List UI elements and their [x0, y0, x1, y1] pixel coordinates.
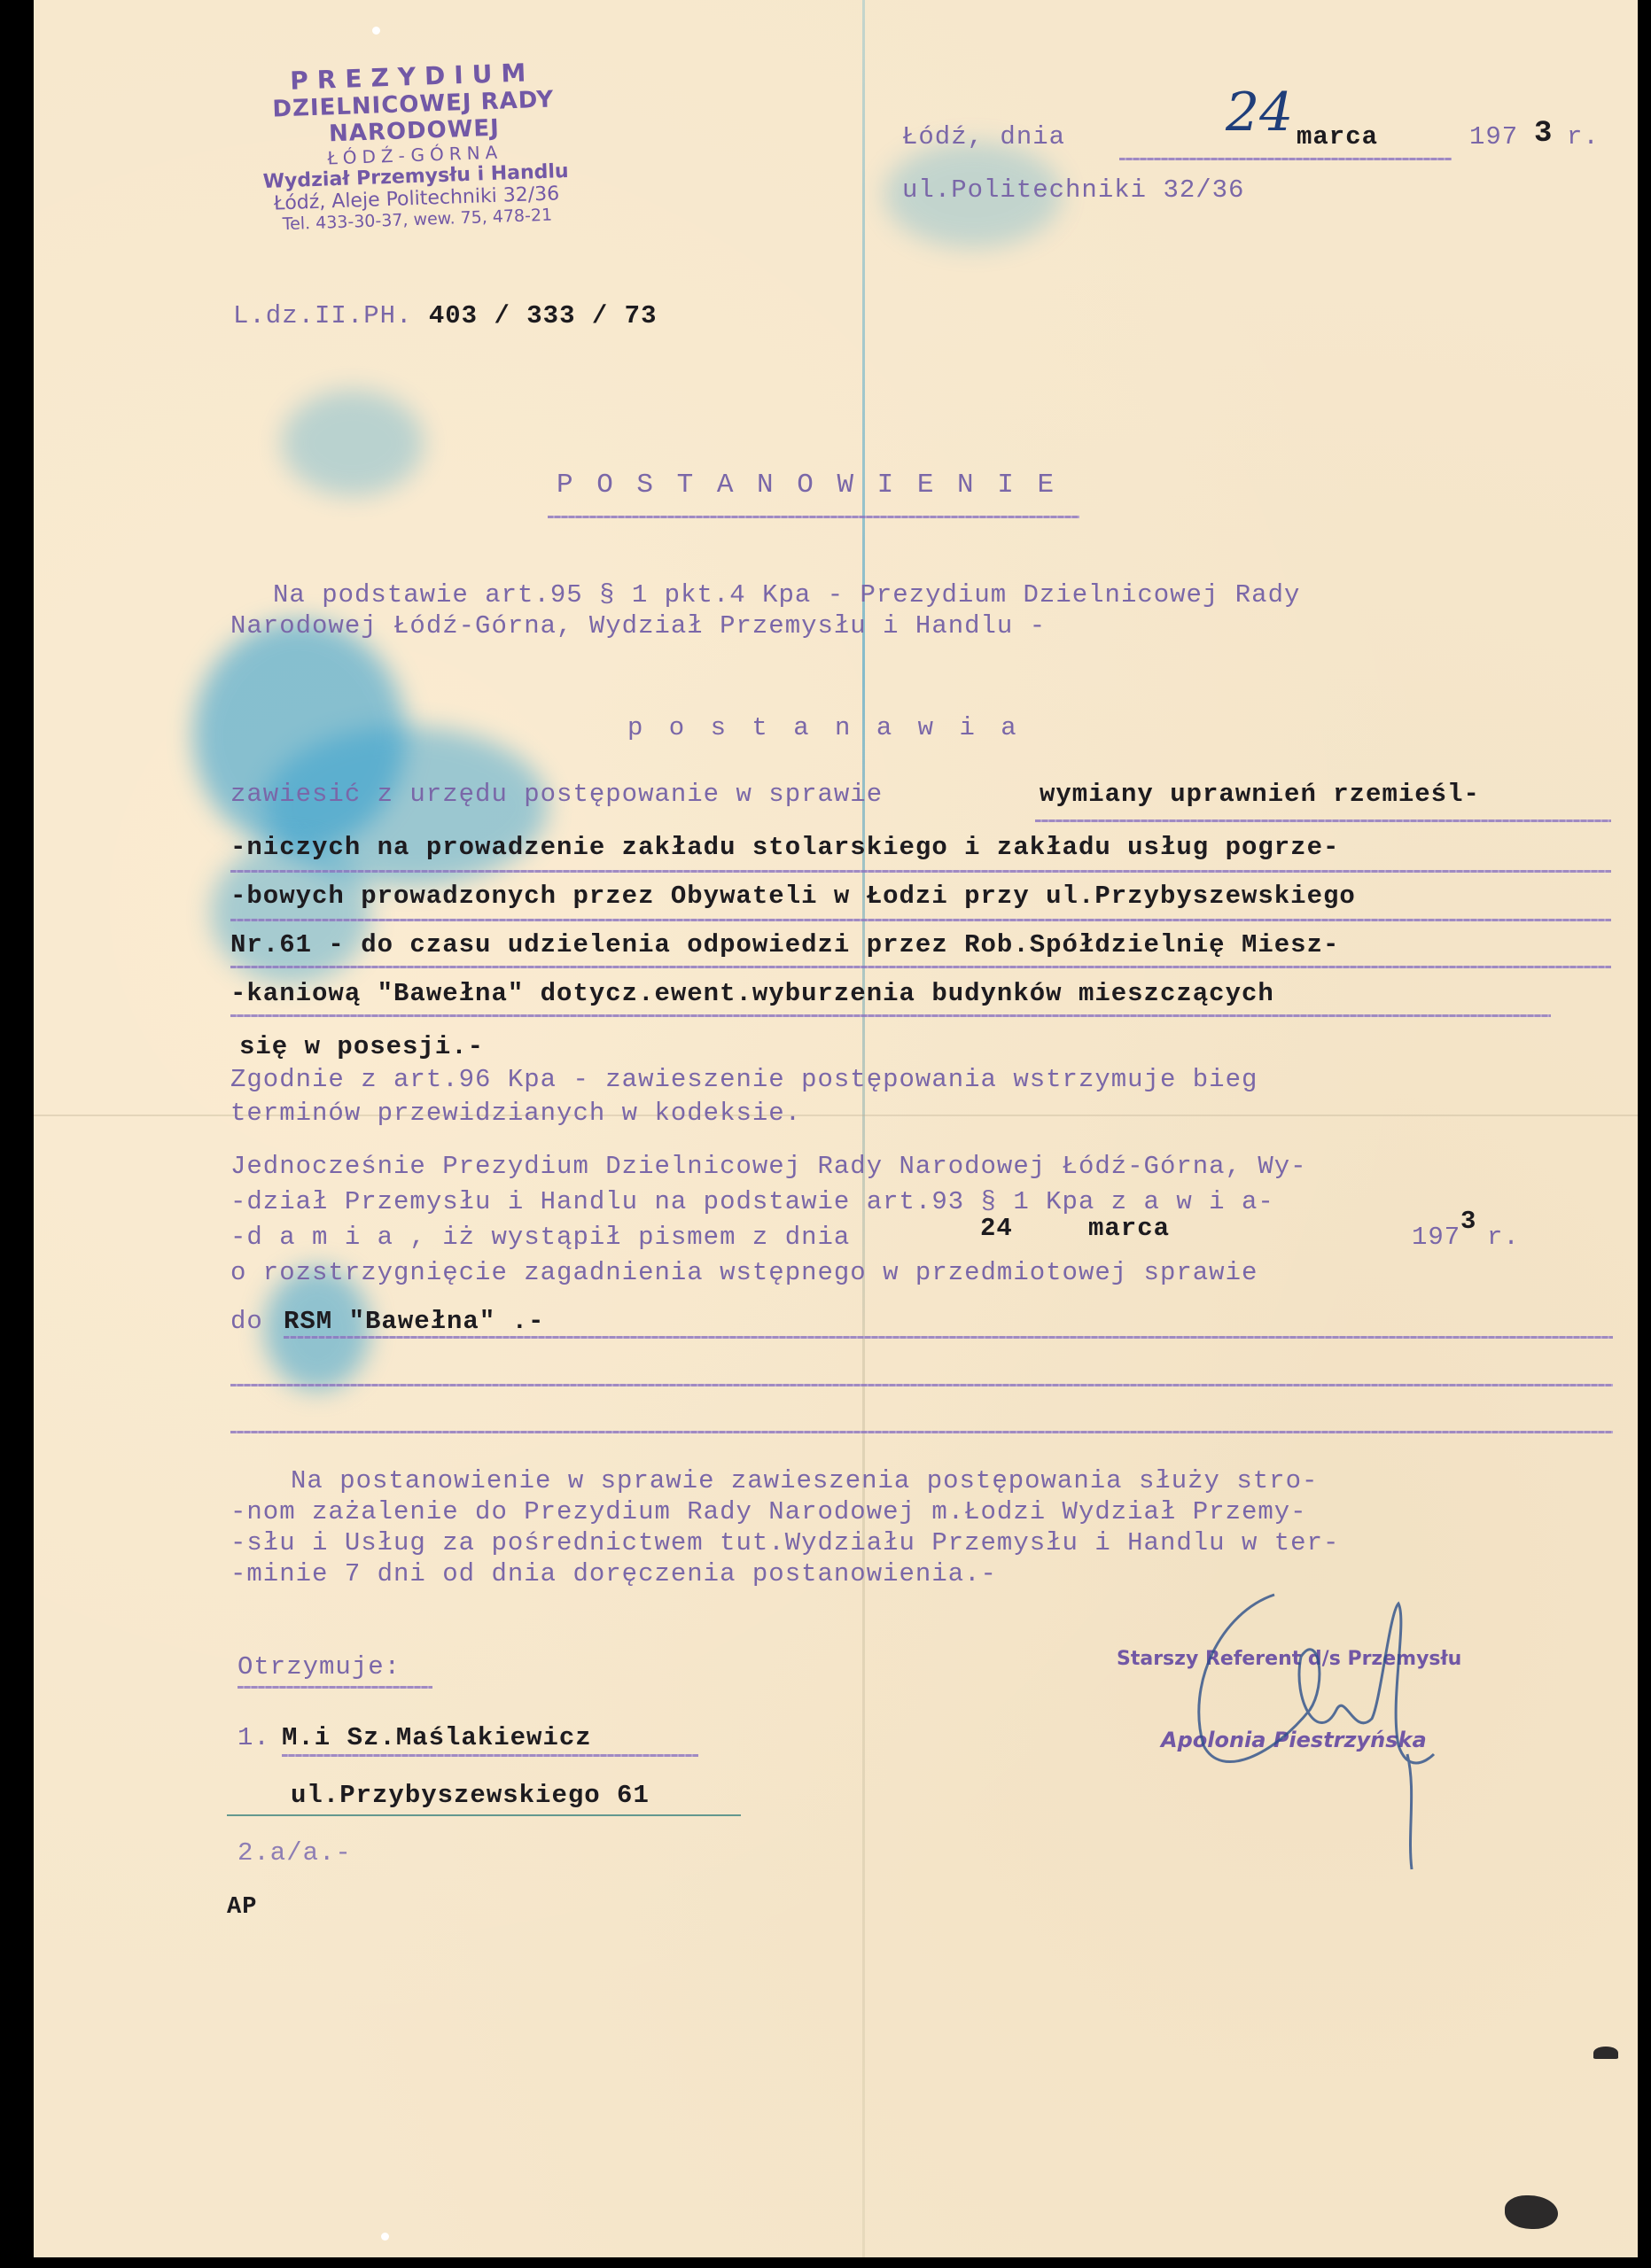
- simultaneous-line: -d a m i a , iż wystąpił pismem z dnia: [230, 1223, 850, 1252]
- appeal-line: -nom zażalenie do Prezydium Rady Narodow…: [230, 1497, 1307, 1526]
- appeal-line: Na postanowienie w sprawie zawieszenia p…: [291, 1466, 1318, 1495]
- recipient-number: 1.: [238, 1723, 270, 1752]
- decision-underline: [230, 870, 1611, 873]
- letter-day: 24: [980, 1214, 1013, 1243]
- note-line: Zgodnie z art.96 Kpa - zawieszenie postę…: [230, 1065, 1258, 1094]
- reference-number: L.dz.II.PH. 403 / 333 / 73: [233, 301, 657, 330]
- recipient-address: ul.Przybyszewskiego 61: [291, 1781, 650, 1810]
- blank-line: [230, 1384, 1613, 1386]
- simultaneous-line: -dział Przemysłu i Handlu na podstawie a…: [230, 1187, 1274, 1216]
- simultaneous-line: o rozstrzygnięcie zagadnienia wstępnego …: [230, 1258, 1258, 1287]
- title-underline: [548, 516, 1079, 518]
- decision-line: -niczych na prowadzenie zakładu stolarsk…: [230, 833, 1339, 862]
- date-year-prefix: 197: [1469, 122, 1518, 151]
- burn-mark: [1505, 2195, 1558, 2229]
- decision-line: -kaniową "Bawełna" dotycz.ewent.wyburzen…: [230, 979, 1274, 1008]
- note-line: terminów przewidzianych w kodeksie.: [230, 1099, 801, 1128]
- decision-underline: [1035, 819, 1611, 822]
- letter-year-prefix: 197: [1412, 1223, 1460, 1252]
- recipient-underline: [282, 1754, 698, 1757]
- place-label: Łódź, dnia: [902, 122, 1065, 151]
- reference-prefix: L.dz.II.PH.: [233, 301, 412, 330]
- punch-hole: [372, 27, 380, 35]
- letter-year-suffix: 3: [1460, 1207, 1476, 1236]
- decision-line: zawiesić z urzędu postępowanie w sprawie: [230, 780, 883, 809]
- intro-line: Narodowej Łódź-Górna, Wydział Przemysłu …: [230, 611, 1046, 641]
- handwritten-day: 24: [1226, 82, 1293, 144]
- punch-hole: [381, 2233, 389, 2241]
- ink-stain: [282, 390, 424, 496]
- date-month: marca: [1297, 122, 1378, 151]
- intro-line: Na podstawie art.95 § 1 pkt.4 Kpa - Prez…: [273, 580, 1300, 610]
- simultaneous-line: Jednocześnie Prezydium Dzielnicowej Rady…: [230, 1152, 1307, 1181]
- date-underline: [1119, 158, 1452, 160]
- decision-underline: [230, 1014, 1551, 1017]
- decision-underline: [230, 919, 1611, 921]
- recipient-underline: [227, 1814, 741, 1816]
- vertical-fold: [862, 0, 865, 2257]
- decision-underline: [230, 966, 1611, 968]
- typist-initials: AP: [227, 1894, 257, 1921]
- letter-month: marca: [1088, 1214, 1170, 1243]
- reference-value: 403 / 333 / 73: [429, 301, 658, 330]
- document-title: P O S T A N O W I E N I E: [557, 470, 1057, 501]
- office-stamp: PREZYDIUM DZIELNICOWEJ RADY NARODOWEJ ŁÓ…: [191, 54, 639, 237]
- decision-line: Nr.61 - do czasu udzielenia odpowiedzi p…: [230, 930, 1339, 959]
- decision-line: -bowych prowadzonych przez Obywateli w Ł…: [230, 882, 1356, 911]
- letter-year-unit: r.: [1487, 1223, 1520, 1252]
- ink-stain: [211, 842, 370, 983]
- document-page: PREZYDIUM DZIELNICOWEJ RADY NARODOWEJ ŁÓ…: [34, 0, 1638, 2257]
- simultaneous-line: do: [230, 1307, 263, 1336]
- recipients-underline: [238, 1686, 432, 1689]
- decides-heading: p o s t a n a w i a: [627, 713, 1022, 742]
- decision-line-filled: wymiany uprawnień rzemieśl-: [1040, 780, 1480, 809]
- date-year-suffix: 3: [1534, 117, 1553, 151]
- recipient-copy: 2.a/a.-: [238, 1838, 352, 1868]
- date-year-unit: r.: [1567, 122, 1600, 151]
- recipient-name: M.i Sz.Maślakiewicz: [282, 1723, 592, 1752]
- appeal-line: -słu i Usług za pośrednictwem tut.Wydzia…: [230, 1528, 1339, 1557]
- blank-line: [284, 1336, 1613, 1339]
- office-address: ul.Politechniki 32/36: [902, 175, 1244, 205]
- burn-mark: [1593, 2047, 1618, 2059]
- handwritten-signature: [1168, 1577, 1487, 1878]
- recipients-label: Otrzymuje:: [238, 1652, 401, 1682]
- recipient-organization: RSM "Bawełna" .-: [284, 1307, 544, 1336]
- appeal-line: -minie 7 dni od dnia doręczenia postanow…: [230, 1559, 997, 1588]
- decision-line: się w posesji.-: [239, 1032, 484, 1061]
- blank-line: [230, 1431, 1613, 1433]
